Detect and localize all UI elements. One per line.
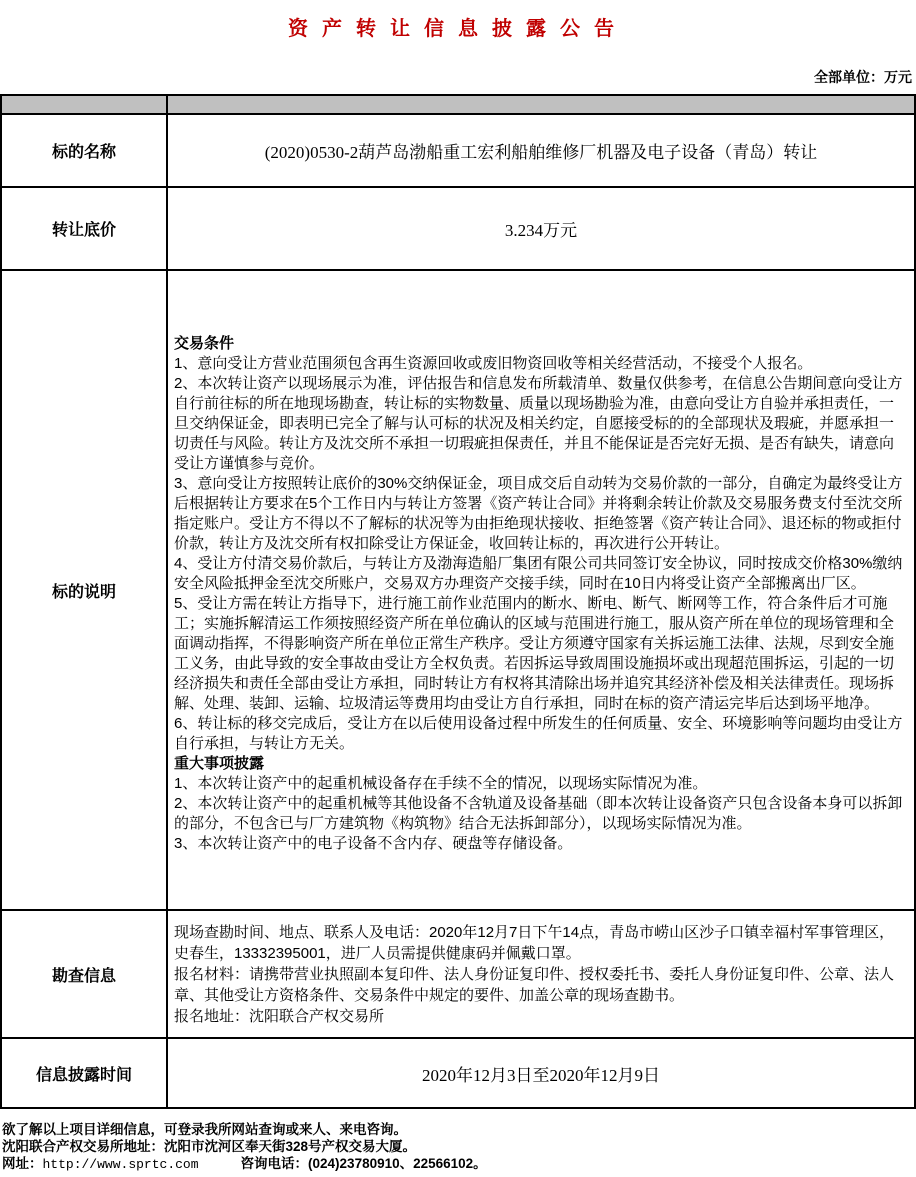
table-row: 信息披露时间 2020年12月3日至2020年12月9日: [1, 1038, 915, 1108]
trade-condition-item: 6、转让标的移交完成后，受让方在以后使用设备过程中所发生的任何质量、安全、环境影…: [174, 714, 906, 754]
table-row: 标的说明 交易条件 1、意向受让方营业范围须包含再生资源回收或废旧物资回收等相关…: [1, 270, 915, 910]
survey-line: 现场查勘时间、地点、联系人及电话：2020年12月7日下午14点，青岛市崂山区沙…: [174, 922, 906, 964]
announcement-page: 资产转让信息披露公告 全部单位：万元 标的名称 (2020)0530-2葫芦岛渤…: [0, 0, 916, 1177]
major-disclosure-heading: 重大事项披露: [174, 754, 906, 774]
major-disclosure-item: 1、本次转让资产中的起重机械设备存在手续不全的情况，以现场实际情况为准。: [174, 774, 906, 794]
trade-condition-item: 1、意向受让方营业范围须包含再生资源回收或废旧物资回收等相关经营活动，不接受个人…: [174, 354, 906, 374]
subject-name-value: (2020)0530-2葫芦岛渤船重工宏利船舶维修厂机器及电子设备（青岛）转让: [167, 114, 915, 187]
footer-url-prefix: 网址：: [2, 1156, 43, 1171]
trade-condition-item: 5、受让方需在转让方指导下，进行施工前作业范围内的断水、断电、断气、断网等工作，…: [174, 594, 906, 714]
major-disclosure-item: 3、本次转让资产中的电子设备不含内存、硬盘等存储设备。: [174, 834, 906, 854]
table-header-row: [1, 95, 915, 114]
table-row: 勘查信息 现场查勘时间、地点、联系人及电话：2020年12月7日下午14点，青岛…: [1, 910, 915, 1038]
disclosure-period-value: 2020年12月3日至2020年12月9日: [167, 1038, 915, 1108]
header-cell-right: [167, 95, 915, 114]
trade-condition-item: 4、受让方付清交易价款后，与转让方及渤海造船厂集团有限公司共同签订安全协议，同时…: [174, 554, 906, 594]
table-row: 转让底价 3.234万元: [1, 187, 915, 270]
footer-line-3: 网址：http://www.sprtc.com咨询电话：(024)2378091…: [2, 1155, 916, 1173]
footer-url: http://www.sprtc.com: [43, 1157, 199, 1172]
trade-condition-item: 2、本次转让资产以现场展示为准，评估报告和信息发布所载清单、数量仅供参考，在信息…: [174, 374, 906, 474]
subject-name-label: 标的名称: [1, 114, 167, 187]
unit-note: 全部单位：万元: [0, 67, 916, 87]
trade-conditions-heading: 交易条件: [174, 334, 906, 354]
base-price-value: 3.234万元: [167, 187, 915, 270]
major-disclosure-item: 2、本次转让资产中的起重机械等其他设备不含轨道及设备基础（即本次转让设备资产只包…: [174, 794, 906, 834]
footer-line-2: 沈阳联合产权交易所地址：沈阳市沈河区奉天街328号产权交易大厦。: [2, 1138, 916, 1155]
footer-phone: 咨询电话：(024)23780910、22566102。: [241, 1156, 487, 1171]
page-title: 资产转让信息披露公告: [0, 0, 916, 41]
base-price-label: 转让底价: [1, 187, 167, 270]
table-row: 标的名称 (2020)0530-2葫芦岛渤船重工宏利船舶维修厂机器及电子设备（青…: [1, 114, 915, 187]
survey-info-value: 现场查勘时间、地点、联系人及电话：2020年12月7日下午14点，青岛市崂山区沙…: [167, 910, 915, 1038]
header-cell-left: [1, 95, 167, 114]
footer-line-1: 欲了解以上项目详细信息，可登录我所网站查询或来人、来电咨询。: [2, 1121, 916, 1138]
footer: 欲了解以上项目详细信息，可登录我所网站查询或来人、来电咨询。 沈阳联合产权交易所…: [0, 1121, 916, 1173]
subject-desc-value: 交易条件 1、意向受让方营业范围须包含再生资源回收或废旧物资回收等相关经营活动，…: [167, 270, 915, 910]
subject-desc-label: 标的说明: [1, 270, 167, 910]
trade-condition-item: 3、意向受让方按照转让底价的30%交纳保证金，项目成交后自动转为交易价款的一部分…: [174, 474, 906, 554]
disclosure-table: 标的名称 (2020)0530-2葫芦岛渤船重工宏利船舶维修厂机器及电子设备（青…: [0, 94, 916, 1109]
survey-line: 报名地址：沈阳联合产权交易所: [174, 1006, 906, 1027]
disclosure-period-label: 信息披露时间: [1, 1038, 167, 1108]
survey-line: 报名材料：请携带营业执照副本复印件、法人身份证复印件、授权委托书、委托人身份证复…: [174, 964, 906, 1006]
survey-info-label: 勘查信息: [1, 910, 167, 1038]
